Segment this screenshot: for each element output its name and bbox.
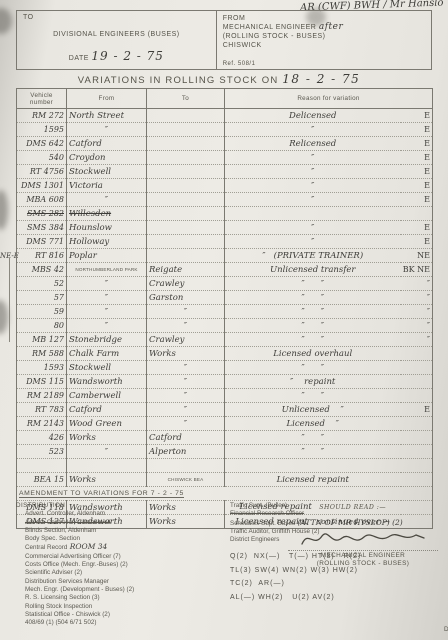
from-cell: ″ <box>67 193 147 207</box>
to-cell: ″ <box>147 417 225 431</box>
to-cell <box>147 179 225 193</box>
vehicle-cell: RM 588 <box>17 347 67 361</box>
reason-cell: ″ ″ <box>225 333 401 347</box>
to-value: DIVISIONAL ENGINEERS (BUSES) <box>17 31 216 38</box>
code-cell: E <box>401 193 433 207</box>
code-cell <box>401 347 433 361</box>
after-annotation: after <box>319 22 343 32</box>
from-cell: ″ <box>67 123 147 137</box>
distribution-item: Scientific Adviser (2) <box>25 569 228 577</box>
from-cell: Victoria <box>67 179 147 193</box>
vehicle-cell: RM 272 <box>17 109 67 123</box>
distribution-item: Statistical Office - Chiswick (2) <box>25 611 228 619</box>
from-cell: ″ <box>67 445 147 459</box>
garage-code-line: TC(2) AR(—) <box>230 577 438 591</box>
reason-cell: Unlicensed ″ <box>225 403 401 417</box>
reason-cell: Licensed overhaul <box>225 347 401 361</box>
reason-cell: Licensed ″ <box>225 417 401 431</box>
reason-cell: Delicensed <box>225 109 401 123</box>
title-date: 18 - 2 - 75 <box>282 72 360 86</box>
reason-cell: ″ (PRIVATE TRAINER) <box>225 249 401 263</box>
to-cell <box>147 249 225 263</box>
vehicle-cell: 426 <box>17 431 67 445</box>
vehicle-cell: 523 <box>17 445 67 459</box>
table-row: RT 4756Stockwell″E <box>17 165 433 179</box>
code-cell: E <box>401 235 433 249</box>
to-cell <box>147 151 225 165</box>
code-cell <box>401 473 433 487</box>
distribution-item: Rolling Stock Inspection <box>25 603 228 611</box>
date-line: DATE 19 - 2 - 75 <box>17 49 216 63</box>
table-row: RT 816Poplar″ (PRIVATE TRAINER)NE <box>17 249 433 263</box>
table-row: RM 2143Wood Green″Licensed ″ <box>17 417 433 431</box>
to-cell <box>147 137 225 151</box>
to-cell: ″ <box>147 319 225 333</box>
page-title: VARIATIONS IN ROLLING STOCK ON 18 - 2 - … <box>0 72 438 86</box>
variations-table: Vehicle number From To Reason for variat… <box>16 88 433 529</box>
from-cell: Poplar <box>67 249 147 263</box>
reason-cell: ″ ″ <box>225 291 401 305</box>
reason-cell: ″ <box>225 235 401 249</box>
table-row: DMS 115Wandsworth″″ repaint <box>17 375 433 389</box>
distribution-item: 408/69 (1) (504 6/71 502) <box>25 619 228 627</box>
vehicle-cell: DMS 1301 <box>17 179 67 193</box>
to-cell <box>147 123 225 137</box>
vehicle-cell: 540 <box>17 151 67 165</box>
reason-cell: Licensed repaint <box>225 473 401 487</box>
signature-title-1: MECHANICAL ENGINEER <box>288 550 438 560</box>
code-cell: NE <box>401 249 433 263</box>
from-cell: Chalk Farm <box>67 347 147 361</box>
code-cell <box>401 207 433 221</box>
to-cell: ″ <box>147 403 225 417</box>
table-row: 52″Crawley″ ″″ <box>17 277 433 291</box>
vehicle-cell: MB 127 <box>17 333 67 347</box>
table-row: RM 272North StreetDelicensedE <box>17 109 433 123</box>
code-cell <box>401 361 433 375</box>
distribution-item: Body Spec. Section <box>25 535 228 543</box>
from-cell: Holloway <box>67 235 147 249</box>
from-line1: MECHANICAL ENGINEER <box>223 24 317 31</box>
from-line2: (ROLLING STOCK - BUSES) <box>223 33 326 40</box>
scan-artifact <box>0 8 12 34</box>
from-label: FROM <box>223 15 246 22</box>
to-cell: Crawley <box>147 333 225 347</box>
distribution-item: Costs Office (Mech. Engr.-Buses) (2) <box>25 561 228 569</box>
table-row: DMS 642CatfordRelicensedE <box>17 137 433 151</box>
reason-cell: ″ ″ <box>225 319 401 333</box>
distribution-label: DISTRIBUTION <box>16 502 228 510</box>
distribution-left: DISTRIBUTION Advert. Controller, Aldenha… <box>16 502 228 627</box>
table-row: 523″Alperton″ ″ <box>17 445 433 459</box>
distribution-item: Commercial Advertising Officer (7) <box>25 553 228 561</box>
from-cell: Camberwell <box>67 389 147 403</box>
to-cell: CHISWICK BEA <box>147 473 225 487</box>
reason-cell: ″ ″ <box>225 277 401 291</box>
reason-cell: ″ <box>225 151 401 165</box>
from-cell: ″ <box>67 305 147 319</box>
code-cell <box>401 459 433 473</box>
to-cell: Alperton <box>147 445 225 459</box>
date-value: 19 - 2 - 75 <box>91 49 164 63</box>
code-cell: E <box>401 109 433 123</box>
to-cell <box>147 193 225 207</box>
distribution-item: Blinds Section, Aldenham <box>25 527 228 535</box>
table-row <box>17 459 433 473</box>
table-row: MBA 608″″E <box>17 193 433 207</box>
reason-cell: Unlicensed transfer <box>225 263 401 277</box>
to-cell: Reigate <box>147 263 225 277</box>
table-row: 1593Stockwell″″ ″ <box>17 361 433 375</box>
distribution-item: Central Record ROOM 34 <box>25 543 228 552</box>
from-cell: Works <box>67 431 147 445</box>
from-cell: ″ <box>67 319 147 333</box>
table-row: RM 2189Camberwell″″ ″ <box>17 389 433 403</box>
to-cell: ″ <box>147 375 225 389</box>
code-cell <box>401 389 433 403</box>
vehicle-cell: 1595 <box>17 123 67 137</box>
reason-cell: ″ ″ <box>225 305 401 319</box>
from-box: FROM MECHANICAL ENGINEER after (ROLLING … <box>217 11 431 69</box>
col-from: From <box>67 89 147 109</box>
from-cell: Willesden <box>67 207 147 221</box>
code-cell <box>401 417 433 431</box>
distribution-item: Traffic Supt. (Buses) <box>230 502 438 510</box>
vehicle-cell: SMS 384 <box>17 221 67 235</box>
table-row: BEA 15WorksCHISWICK BEALicensed repaint <box>17 473 433 487</box>
date-label: DATE <box>69 55 89 62</box>
vehicle-cell: 59 <box>17 305 67 319</box>
from-cell: Croydon <box>67 151 147 165</box>
reason-cell: Relicensed <box>225 137 401 151</box>
table-row: SMS 384Hounslow″E <box>17 221 433 235</box>
reason-cell: ″ ″ <box>225 445 401 459</box>
table-row: MBS 42NORTHUMBERLAND PARKReigateUnlicens… <box>17 263 433 277</box>
to-cell: ″ <box>147 361 225 375</box>
distribution-item: Advert. Controller, Camberwell <box>25 519 228 527</box>
to-box: TO DIVISIONAL ENGINEERS (BUSES) DATE 19 … <box>17 11 217 69</box>
col-vehicle: Vehicle number <box>17 89 67 109</box>
title-text: VARIATIONS IN ROLLING STOCK ON <box>78 75 279 86</box>
from-cell: Works <box>67 473 147 487</box>
from-cell: Stockwell <box>67 165 147 179</box>
table-row: DMS 771Holloway″E <box>17 235 433 249</box>
to-cell <box>147 221 225 235</box>
vehicle-cell: RM 2143 <box>17 417 67 431</box>
distribution-item: Distribution Services Manager <box>25 578 228 586</box>
code-cell: ″ <box>401 333 433 347</box>
from-cell: Wandsworth <box>67 375 147 389</box>
table-row: 59″″″ ″″ <box>17 305 433 319</box>
from-cell: Catford <box>67 403 147 417</box>
to-cell: Crawley <box>147 277 225 291</box>
variations-table-body: RM 272North StreetDelicensedE1595″″EDMS … <box>17 109 433 529</box>
table-row: RM 588Chalk FarmWorksLicensed overhaul <box>17 347 433 361</box>
table-row: DMS 1301Victoria″E <box>17 179 433 193</box>
vehicle-cell: MBA 608 <box>17 193 67 207</box>
reason-cell: ″ <box>225 221 401 235</box>
vehicle-cell: RT 4756 <box>17 165 67 179</box>
margin-bracket <box>9 258 10 342</box>
code-cell: BK NE <box>401 263 433 277</box>
reason-cell: ″ ″ <box>225 389 401 403</box>
form-header: TO DIVISIONAL ENGINEERS (BUSES) DATE 19 … <box>16 10 432 70</box>
to-cell: ″ <box>147 389 225 403</box>
code-cell: ″ <box>401 305 433 319</box>
from-cell: Hounslow <box>67 221 147 235</box>
code-cell: E <box>401 403 433 417</box>
code-cell: E <box>401 179 433 193</box>
table-row: 1595″″E <box>17 123 433 137</box>
distribution-item: Schedules Supt. Buses (ATTN OF MR HYSLOP… <box>230 519 438 528</box>
to-cell <box>147 109 225 123</box>
reason-cell: ″ <box>225 123 401 137</box>
code-cell: E <box>401 221 433 235</box>
reason-cell: ″ ″ <box>225 431 401 445</box>
vehicle-cell: DMS 642 <box>17 137 67 151</box>
table-row: MB 127StonebridgeCrawley″ ″″ <box>17 333 433 347</box>
distribution-item: R. S. Licensing Section (3) <box>25 594 228 602</box>
vehicle-cell: RT 816 <box>17 249 67 263</box>
to-label: TO <box>23 14 34 21</box>
table-row: 57″Garston″ ″″ <box>17 291 433 305</box>
reason-cell: ″ <box>225 193 401 207</box>
vehicle-cell: RM 2189 <box>17 389 67 403</box>
from-cell: ″ <box>67 277 147 291</box>
table-row: 426WorksCatford″ ″ <box>17 431 433 445</box>
from-cell: NORTHUMBERLAND PARK <box>67 263 147 277</box>
code-cell <box>401 431 433 445</box>
table-row: RT 783Catford″Unlicensed ″E <box>17 403 433 417</box>
vehicle-cell: MBS 42 <box>17 263 67 277</box>
reason-cell <box>225 459 401 473</box>
to-cell <box>147 165 225 179</box>
amendment-row: AMENDMENT TO VARIATIONS FOR 7 - 2 - 75 <box>17 487 433 501</box>
distribution-item: Advert. Controller, Aldenham <box>25 510 228 518</box>
vehicle-cell: DMS 771 <box>17 235 67 249</box>
to-cell <box>147 459 225 473</box>
code-cell: E <box>401 137 433 151</box>
signature <box>298 528 428 550</box>
from-cell: Wood Green <box>67 417 147 431</box>
scan-artifact <box>0 190 8 230</box>
vehicle-cell: SMS 282 <box>17 207 67 221</box>
reason-cell <box>225 207 401 221</box>
to-cell: Catford <box>147 431 225 445</box>
to-cell <box>147 207 225 221</box>
from-cell <box>67 459 147 473</box>
ref-number: Ref. 508/1 <box>223 61 256 67</box>
from-cell: Stockwell <box>67 361 147 375</box>
to-cell: Works <box>147 347 225 361</box>
vehicle-cell: DMS 115 <box>17 375 67 389</box>
from-line3: CHISWICK <box>223 42 262 49</box>
table-header-row: Vehicle number From To Reason for variat… <box>17 89 433 109</box>
vehicle-cell: 52 <box>17 277 67 291</box>
vehicle-cell <box>17 459 67 473</box>
signature-title-2: (ROLLING STOCK - BUSES) <box>288 560 438 568</box>
code-cell: ″ <box>401 319 433 333</box>
garage-code-line: AL(—) WH(2) U(2) AV(2) <box>230 591 438 605</box>
vehicle-cell: RT 783 <box>17 403 67 417</box>
reason-cell: ″ <box>225 165 401 179</box>
reason-cell: ″ ″ <box>225 361 401 375</box>
distribution-left-list: Advert. Controller, AldenhamAdvert. Cont… <box>16 510 228 627</box>
table-row: 540Croydon″E <box>17 151 433 165</box>
from-cell: Catford <box>67 137 147 151</box>
vehicle-cell: 1593 <box>17 361 67 375</box>
vehicle-cell: BEA 15 <box>17 473 67 487</box>
signature-block: MECHANICAL ENGINEER (ROLLING STOCK - BUS… <box>288 528 438 568</box>
to-cell: ″ <box>147 305 225 319</box>
from-cell: Stonebridge <box>67 333 147 347</box>
code-cell: ″ <box>401 291 433 305</box>
reason-cell: ″ <box>225 179 401 193</box>
code-cell <box>401 445 433 459</box>
col-to: To <box>147 89 225 109</box>
vehicle-cell: 80 <box>17 319 67 333</box>
code-cell: E <box>401 123 433 137</box>
code-cell: ″ <box>401 277 433 291</box>
operating-manager-line: Divl. Operating Manager (Buses) Mansion … <box>444 626 448 634</box>
from-cell: ″ <box>67 291 147 305</box>
code-cell <box>401 375 433 389</box>
from-cell: North Street <box>67 109 147 123</box>
scanned-form-page: AR (CWF) BWH / Mr Hanslo TO DIVISIONAL E… <box>0 0 448 640</box>
reason-cell: ″ repaint <box>225 375 401 389</box>
table-row: SMS 282Willesden <box>17 207 433 221</box>
vehicle-cell: 57 <box>17 291 67 305</box>
to-cell <box>147 235 225 249</box>
scan-artifact <box>0 300 8 334</box>
to-cell: Garston <box>147 291 225 305</box>
col-reason: Reason for variation <box>225 89 433 109</box>
code-cell: E <box>401 165 433 179</box>
code-cell: E <box>401 151 433 165</box>
table-row: 80″″″ ″″ <box>17 319 433 333</box>
distribution-item: Mech. Engr. (Development - Buses) (2) <box>25 586 228 594</box>
